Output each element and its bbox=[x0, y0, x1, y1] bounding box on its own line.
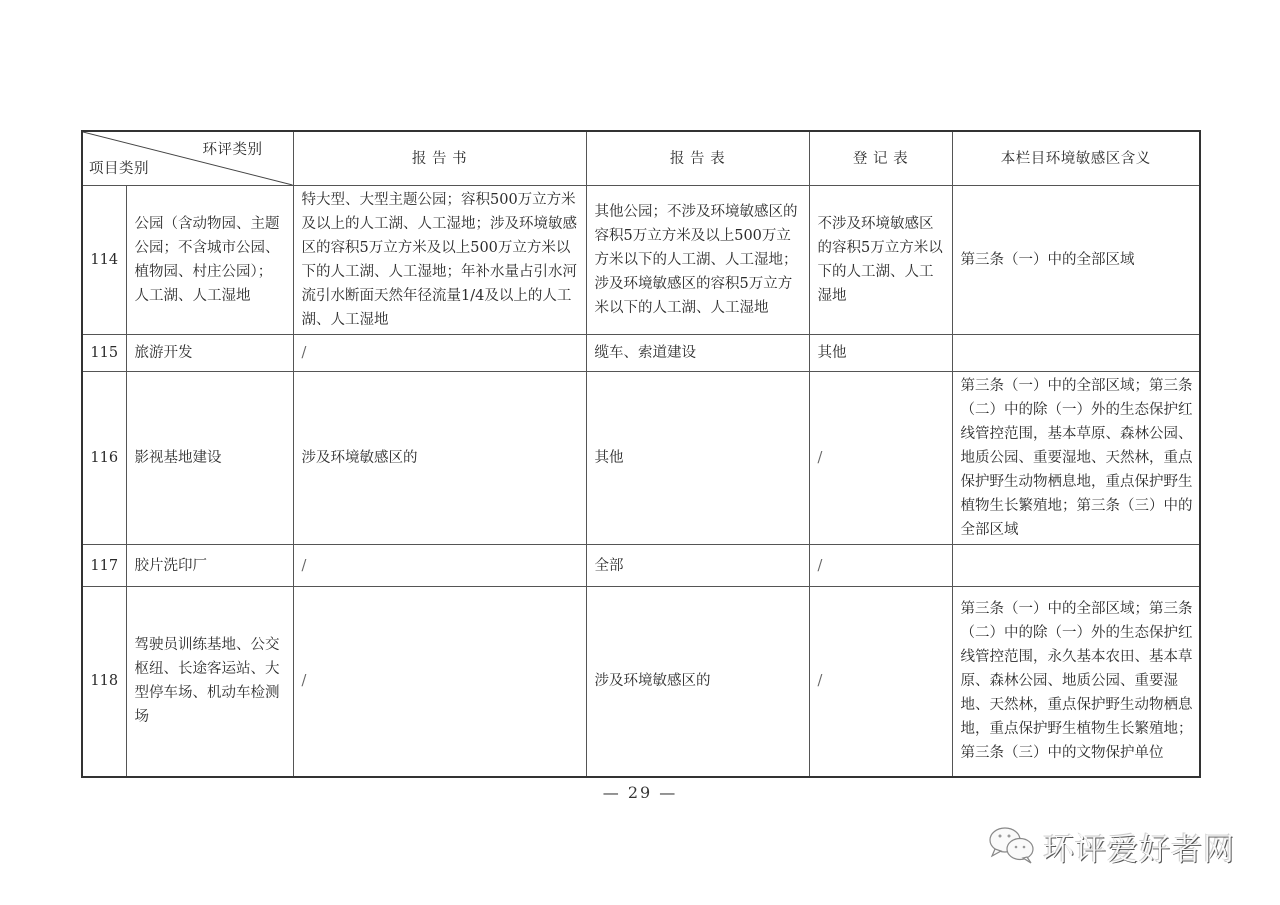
report-form-cell: 其他 bbox=[586, 372, 809, 545]
watermark: 环评爱好者网 bbox=[987, 824, 1235, 869]
report-form-cell: 涉及环境敏感区的 bbox=[586, 587, 809, 777]
sensitive-area-cell bbox=[952, 545, 1200, 587]
report-book-cell: / bbox=[293, 335, 586, 372]
row-number: 114 bbox=[82, 186, 126, 335]
sensitive-area-cell bbox=[952, 335, 1200, 372]
wechat-icon bbox=[987, 825, 1039, 869]
report-form-cell: 其他公园；不涉及环境敏感区的容积5万立方米及以上500万立方米以下的人工湖、人工… bbox=[586, 186, 809, 335]
row-number: 117 bbox=[82, 545, 126, 587]
project-category-cell: 公园（含动物园、主题公园；不含城市公园、植物园、村庄公园）；人工湖、人工湿地 bbox=[126, 186, 293, 335]
report-book-cell: 特大型、大型主题公园；容积500万立方米及以上的人工湖、人工湿地；涉及环境敏感区… bbox=[293, 186, 586, 335]
table-row: 114 公园（含动物园、主题公园；不含城市公园、植物园、村庄公园）；人工湖、人工… bbox=[82, 186, 1200, 335]
table-row: 115 旅游开发 / 缆车、索道建设 其他 bbox=[82, 335, 1200, 372]
project-category-cell: 驾驶员训练基地、公交枢纽、长途客运站、大型停车场、机动车检测场 bbox=[126, 587, 293, 777]
table-row: 116 影视基地建设 涉及环境敏感区的 其他 / 第三条（一）中的全部区域；第三… bbox=[82, 372, 1200, 545]
registration-cell: 不涉及环境敏感区的容积5万立方米以下的人工湖、人工湿地 bbox=[809, 186, 952, 335]
row-number: 115 bbox=[82, 335, 126, 372]
watermark-text: 环评爱好者网 bbox=[1043, 824, 1235, 869]
report-book-cell: 涉及环境敏感区的 bbox=[293, 372, 586, 545]
registration-cell: / bbox=[809, 545, 952, 587]
row-number: 116 bbox=[82, 372, 126, 545]
page-number: — 29 — bbox=[0, 783, 1280, 802]
table-row: 118 驾驶员训练基地、公交枢纽、长途客运站、大型停车场、机动车检测场 / 涉及… bbox=[82, 587, 1200, 777]
registration-cell: 其他 bbox=[809, 335, 952, 372]
report-book-cell: / bbox=[293, 587, 586, 777]
sensitive-area-cell: 第三条（一）中的全部区域；第三条（二）中的除（一）外的生态保护红线管控范围，永久… bbox=[952, 587, 1200, 777]
report-book-cell: / bbox=[293, 545, 586, 587]
table-header-row: 环评类别 项目类别 报 告 书 报 告 表 登 记 表 本栏目环境敏感区含义 bbox=[82, 131, 1200, 186]
report-form-cell: 缆车、索道建设 bbox=[586, 335, 809, 372]
project-category-label: 项目类别 bbox=[89, 157, 149, 181]
sensitive-area-cell: 第三条（一）中的全部区域 bbox=[952, 186, 1200, 335]
sensitive-area-cell: 第三条（一）中的全部区域；第三条（二）中的除（一）外的生态保护红线管控范围，基本… bbox=[952, 372, 1200, 545]
project-category-cell: 旅游开发 bbox=[126, 335, 293, 372]
registration-cell: / bbox=[809, 372, 952, 545]
project-category-cell: 影视基地建设 bbox=[126, 372, 293, 545]
registration-cell: / bbox=[809, 587, 952, 777]
column-header-sensitive-area: 本栏目环境敏感区含义 bbox=[952, 131, 1200, 186]
eia-classification-table: 环评类别 项目类别 报 告 书 报 告 表 登 记 表 本栏目环境敏感区含义 1… bbox=[81, 130, 1201, 778]
project-category-cell: 胶片洗印厂 bbox=[126, 545, 293, 587]
eia-category-label: 环评类别 bbox=[203, 138, 263, 162]
diagonal-corner-header: 环评类别 项目类别 bbox=[82, 131, 293, 186]
column-header-registration: 登 记 表 bbox=[809, 131, 952, 186]
report-form-cell: 全部 bbox=[586, 545, 809, 587]
row-number: 118 bbox=[82, 587, 126, 777]
column-header-report-form: 报 告 表 bbox=[586, 131, 809, 186]
table-row: 117 胶片洗印厂 / 全部 / bbox=[82, 545, 1200, 587]
column-header-report-book: 报 告 书 bbox=[293, 131, 586, 186]
